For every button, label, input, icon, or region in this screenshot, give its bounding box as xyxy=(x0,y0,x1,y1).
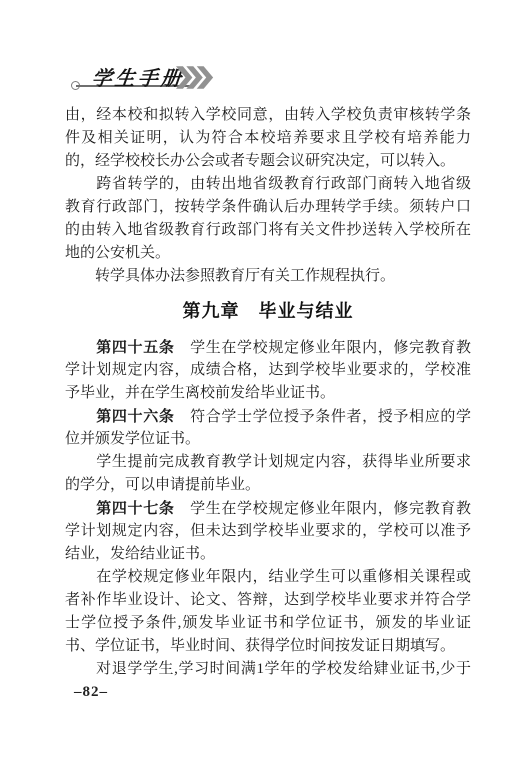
text-line: 的学分，可以申请提前毕业。 xyxy=(65,474,471,497)
text-line: 的由转入地省级教育行政部门将有关文件抄送转入学校所在 xyxy=(65,219,471,242)
text-line: 教育行政部门，按转学条件确认后办理转学手续。须转户口 xyxy=(65,196,471,219)
paragraph: 学生提前完成教育教学计划规定内容，获得毕业所要求的学分，可以申请提前毕业。 xyxy=(65,451,471,497)
text-line: 第四十五条 学生在学校规定修业年限内，修完教育教 xyxy=(65,336,471,359)
article-number: 第四十七条 xyxy=(96,500,174,517)
chapter-heading: 第九章 毕业与结业 xyxy=(65,298,471,324)
text-line: 件及相关证明，认为符合本校培养要求且学校有培养能力 xyxy=(65,127,471,150)
text-line: 转学具体办法参照教育厅有关工作规程执行。 xyxy=(65,265,471,288)
paragraph: 跨省转学的，由转出地省级教育行政部门商转入地省级教育行政部门，按转学条件确认后办… xyxy=(65,173,471,265)
page-number: –82– xyxy=(74,684,108,701)
paragraph: 在学校规定修业年限内，结业学生可以重修相关课程或者补作毕业设计、论文、答辩，达到… xyxy=(65,566,471,658)
text-line: 对退学学生,学习时间满1学年的学校发给肄业证书,少于 xyxy=(65,658,471,681)
text-line: 跨省转学的，由转出地省级教育行政部门商转入地省级 xyxy=(65,173,471,196)
handbook-page: 学生手册 由，经本校和拟转入学校同意，由转入学校负责审核转学条件及相关证明，认为… xyxy=(0,0,525,768)
paragraph: 转学具体办法参照教育厅有关工作规程执行。 xyxy=(65,265,471,288)
text-line: 书、学位证书，毕业时间、获得学位时间按发证日期填写。 xyxy=(65,635,471,658)
paragraph: 由，经本校和拟转入学校同意，由转入学校负责审核转学条件及相关证明，认为符合本校培… xyxy=(65,104,471,173)
text-line: 结业，发给结业证书。 xyxy=(65,543,471,566)
text-line: 者补作毕业设计、论文、答辩，达到学校毕业要求并符合学 xyxy=(65,589,471,612)
paragraph: 第四十六条 符合学士学位授予条件者，授予相应的学位并颁发学位证书。 xyxy=(65,405,471,451)
article-number: 第四十五条 xyxy=(96,339,174,356)
paragraph: 第四十五条 学生在学校规定修业年限内，修完教育教学计划规定内容，成绩合格，达到学… xyxy=(65,336,471,405)
text-line: 在学校规定修业年限内，结业学生可以重修相关课程或 xyxy=(65,566,471,589)
paragraph: 第四十七条 学生在学校规定修业年限内，修完教育教学计划规定内容，但未达到学校毕业… xyxy=(65,497,471,566)
chevrons-icon xyxy=(176,65,214,90)
page-running-header: 学生手册 xyxy=(71,64,221,94)
text-line: 士学位授予条件,颁发毕业证书和学位证书，颁发的毕业证 xyxy=(65,612,471,635)
text-line: 学计划规定内容，但未达到学校毕业要求的，学校可以准予 xyxy=(65,520,471,543)
text-line: 第四十六条 符合学士学位授予条件者，授予相应的学 xyxy=(65,405,471,428)
text-line: 位并颁发学位证书。 xyxy=(65,428,471,451)
text-line: 予毕业，并在学生离校前发给毕业证书。 xyxy=(65,382,471,405)
text-line: 的，经学校校长办公会或者专题会议研究决定，可以转入。 xyxy=(65,150,471,173)
document-body: 由，经本校和拟转入学校同意，由转入学校负责审核转学条件及相关证明，认为符合本校培… xyxy=(65,104,471,681)
paragraph: 对退学学生,学习时间满1学年的学校发给肄业证书,少于 xyxy=(65,658,471,681)
text-line: 学计划规定内容，成绩合格，达到学校毕业要求的，学校准 xyxy=(65,359,471,382)
text-line: 第四十七条 学生在学校规定修业年限内，修完教育教 xyxy=(65,497,471,520)
text-line: 地的公安机关。 xyxy=(65,242,471,265)
article-number: 第四十六条 xyxy=(96,408,174,425)
text-line: 学生提前完成教育教学计划规定内容，获得毕业所要求 xyxy=(65,451,471,474)
text-line: 由，经本校和拟转入学校同意，由转入学校负责审核转学条 xyxy=(65,104,471,127)
book-title: 学生手册 xyxy=(90,62,185,91)
